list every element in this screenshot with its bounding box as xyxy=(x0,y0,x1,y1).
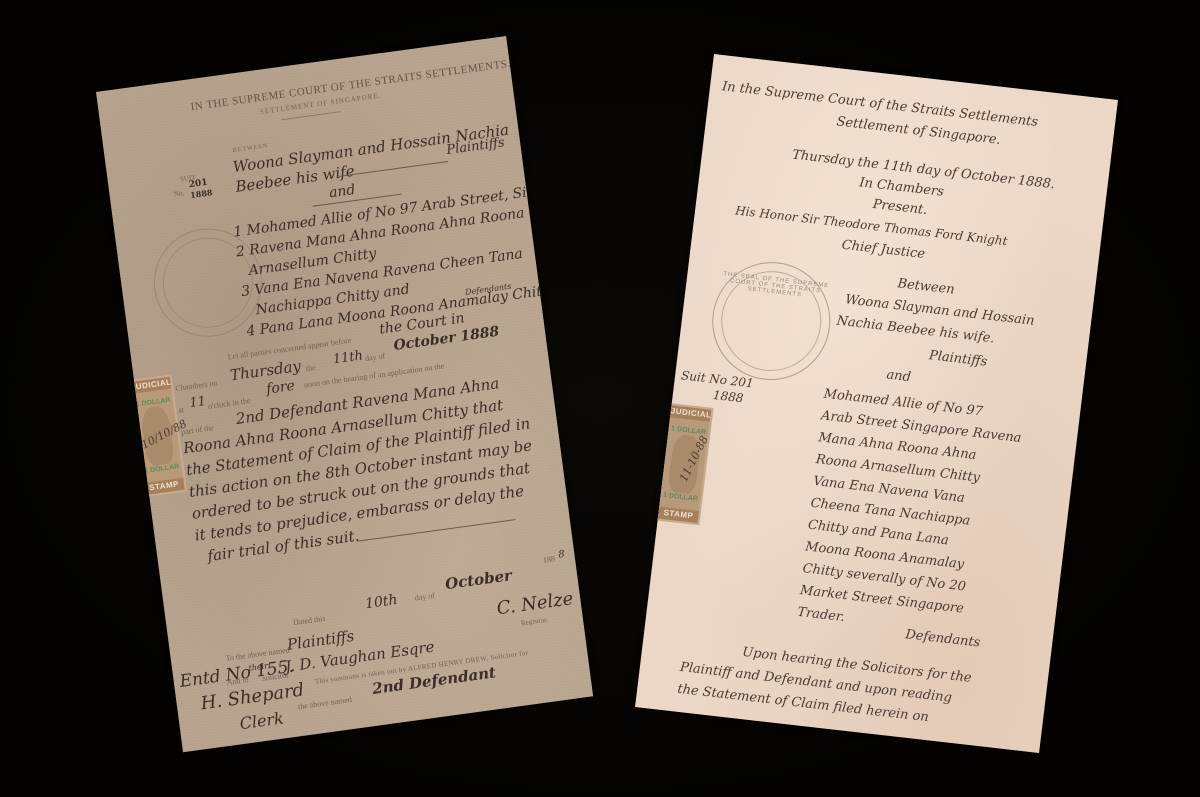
plaintiffs-label: Plaintiffs xyxy=(928,348,988,369)
defendant-line-11: Trader. xyxy=(797,605,846,625)
right-document-order: In the Supreme Court of the Straits Sett… xyxy=(635,54,1118,753)
suit-year-line: 1888 xyxy=(712,388,744,405)
judge-line-2: Chief Justice xyxy=(841,238,926,262)
and-label: and xyxy=(886,368,912,386)
stamp-bottom-text: STAMP xyxy=(658,507,699,523)
left-document-footer xyxy=(96,36,593,752)
present-label: Present. xyxy=(872,197,928,218)
between-label: Between xyxy=(897,276,956,297)
defendants-label: Defendants xyxy=(905,627,982,650)
in-chambers: In Chambers xyxy=(859,175,945,199)
stamp-value-bottom: 1 DOLLAR xyxy=(660,492,701,503)
seal-text: THE SEAL OF THE SUPREME COURT OF THE STR… xyxy=(717,271,834,302)
stamp-top-text: JUDICIAL xyxy=(670,405,711,421)
court-seal: THE SEAL OF THE SUPREME COURT OF THE STR… xyxy=(706,256,837,386)
